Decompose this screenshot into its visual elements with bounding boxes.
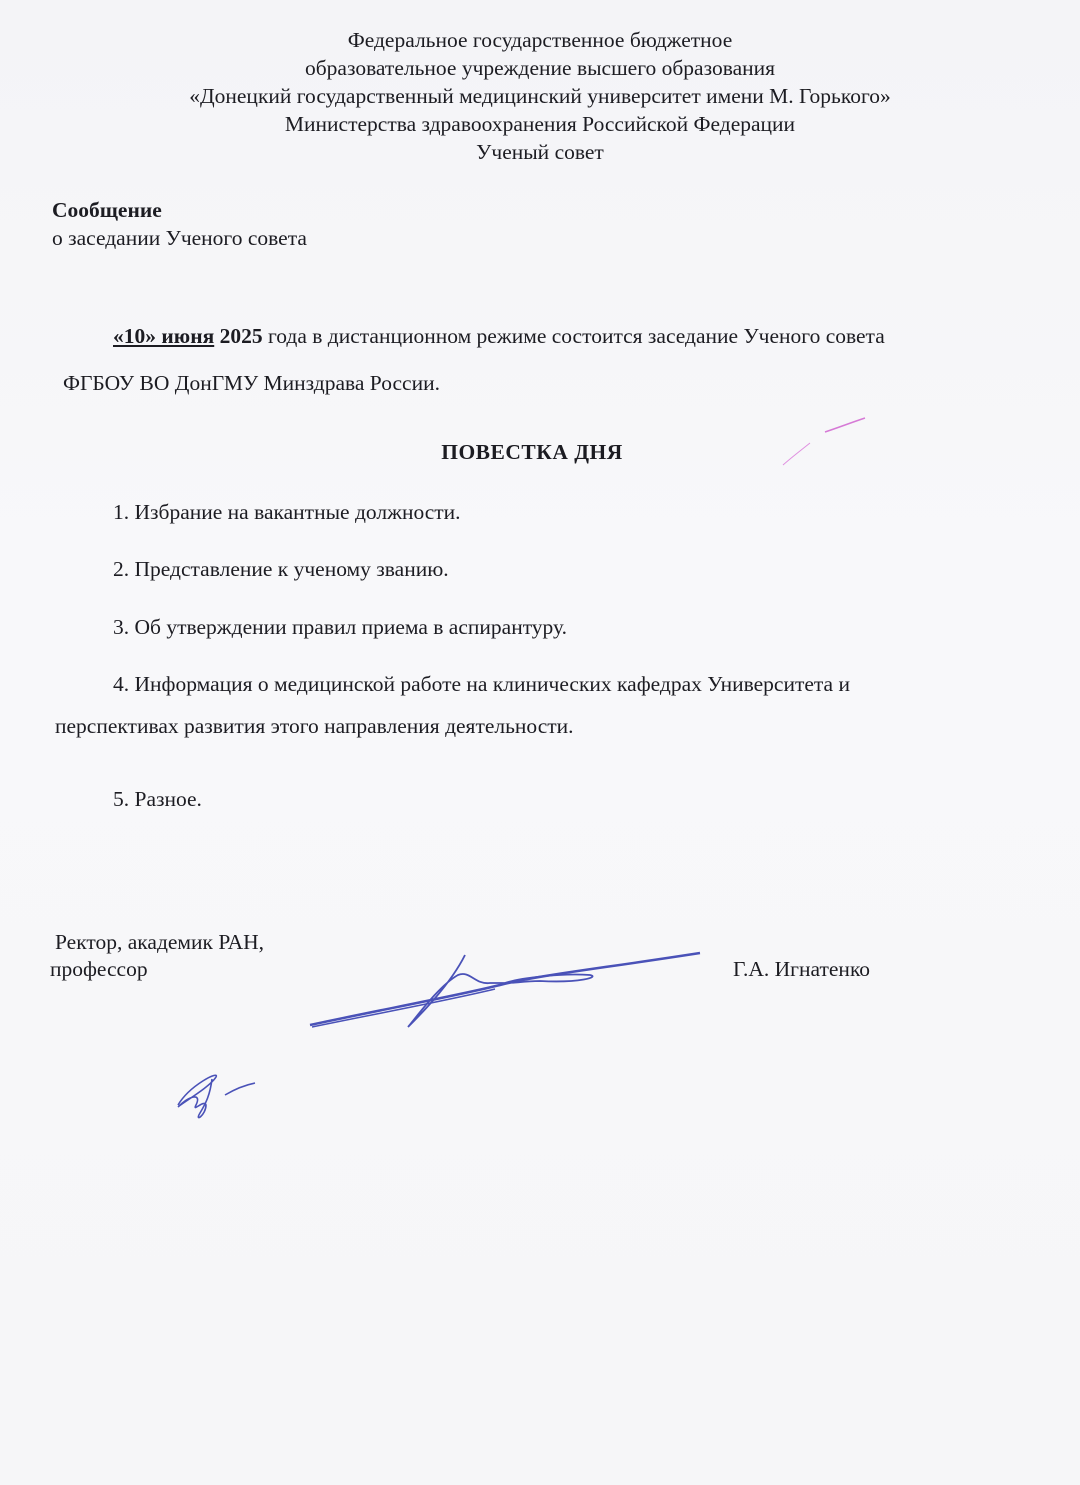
meeting-date: «10» июня (113, 324, 214, 348)
document-page: Федеральное государственное бюджетное об… (0, 0, 1080, 1485)
institution-header: Федеральное государственное бюджетное об… (0, 26, 1080, 166)
message-subtitle: о заседании Ученого совета (52, 226, 307, 251)
signatory-role: Ректор, академик РАН, (55, 930, 264, 955)
message-title: Сообщение (52, 198, 162, 223)
header-line: Федеральное государственное бюджетное (0, 26, 1080, 54)
signatory-name: Г.А. Игнатенко (733, 957, 870, 982)
agenda-item-1: 1. Избрание на вакантные должности. (113, 500, 461, 525)
agenda-item-4: 4. Информация о медицинской работе на кл… (113, 672, 850, 697)
signatory-title: профессор (50, 957, 148, 982)
agenda-item-3: 3. Об утверждении правил приема в аспира… (113, 615, 567, 640)
initials-mark (170, 1065, 270, 1125)
announcement-line-2: ФГБОУ ВО ДонГМУ Минздрава России. (63, 371, 440, 396)
agenda-title: ПОВЕСТКА ДНЯ (0, 440, 1064, 465)
agenda-item-4-continued: перспективах развития этого направления … (55, 714, 574, 739)
header-line: «Донецкий государственный медицинский ун… (0, 82, 1080, 110)
header-line: Ученый совет (0, 138, 1080, 166)
announcement-line-1: «10» июня 2025 года в дистанционном режи… (113, 324, 885, 349)
announcement-text: года в дистанционном режиме состоится за… (263, 324, 885, 348)
meeting-year: 2025 (220, 324, 263, 348)
rector-signature (300, 945, 720, 1035)
header-line: Министерства здравоохранения Российской … (0, 110, 1080, 138)
agenda-item-2: 2. Представление к ученому званию. (113, 557, 449, 582)
agenda-item-5: 5. Разное. (113, 787, 202, 812)
header-line: образовательное учреждение высшего образ… (0, 54, 1080, 82)
